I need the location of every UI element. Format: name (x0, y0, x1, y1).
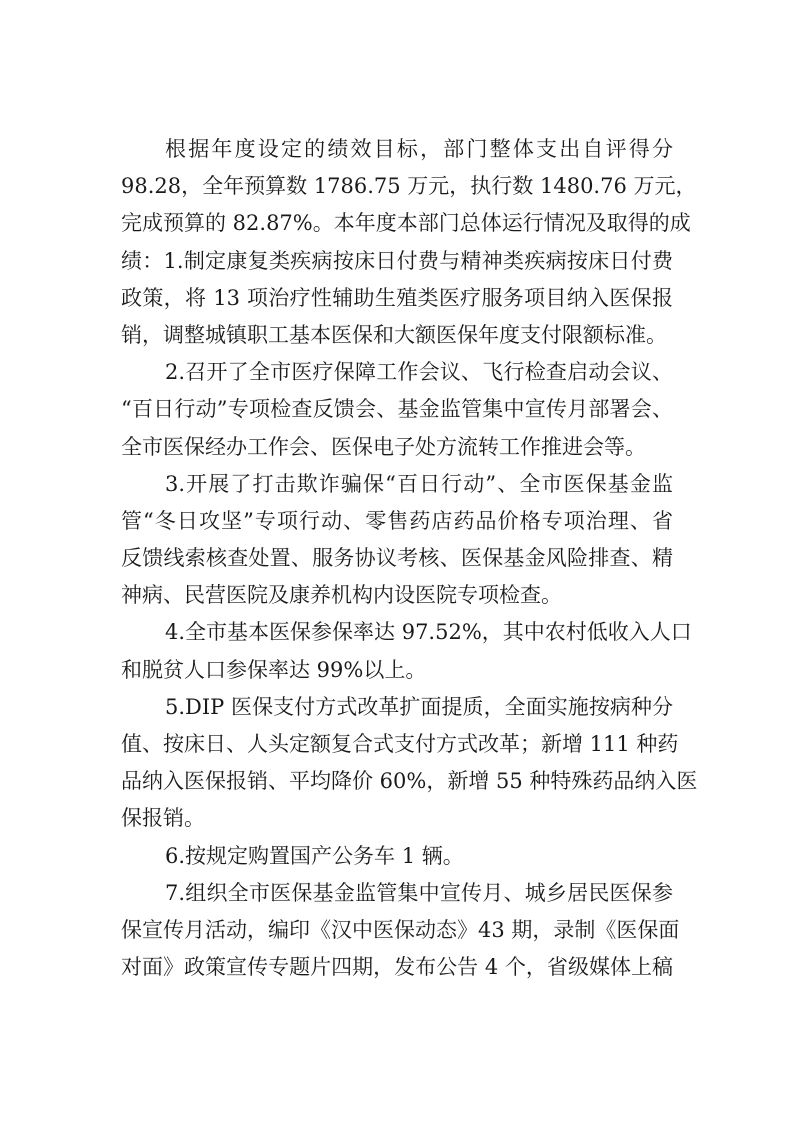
text-line: 全市医保经办工作会、医保电子处方流转工作推进会等。 (121, 429, 673, 466)
paragraph-item-6: 6.按规定购置国产公务车 1 辆。 (121, 838, 673, 875)
text-line: “百日行动”专项检查反馈会、基金监管集中宣传月部署会、 (121, 391, 673, 428)
text-line: 2.召开了全市医疗保障工作会议、飞行检查启动会议、 (121, 354, 673, 391)
text-line: 神病、民营医院及康养机构内设医院专项检查。 (121, 577, 673, 614)
text-line: 3.开展了打击欺诈骗保“百日行动”、全市医保基金监 (121, 466, 673, 503)
text-line: 反馈线索核查处置、服务协议考核、医保基金风险排查、精 (121, 540, 673, 577)
text-line: 5.DIP 医保支付方式改革扩面提质，全面实施按病种分 (121, 689, 673, 726)
text-line: 7.组织全市医保基金监管集中宣传月、城乡居民医保参 (121, 875, 673, 912)
paragraph-item-7: 7.组织全市医保基金监管集中宣传月、城乡居民医保参 保宣传月活动，编印《汉中医保… (121, 875, 673, 987)
paragraph-item-2: 2.召开了全市医疗保障工作会议、飞行检查启动会议、 “百日行动”专项检查反馈会、… (121, 354, 673, 466)
text-line: 对面》政策宣传专题片四期，发布公告 4 个，省级媒体上稿 (121, 949, 673, 986)
paragraph-item-5: 5.DIP 医保支付方式改革扩面提质，全面实施按病种分 值、按床日、人头定额复合… (121, 689, 673, 838)
paragraph-intro: 根据年度设定的绩效目标，部门整体支出自评得分 98.28，全年预算数 1786.… (121, 131, 673, 354)
text-line: 98.28，全年预算数 1786.75 万元，执行数 1480.76 万元， (121, 168, 673, 205)
paragraph-item-3: 3.开展了打击欺诈骗保“百日行动”、全市医保基金监 管“冬日攻坚”专项行动、零售… (121, 466, 673, 615)
text-line: 完成预算的 82.87%。本年度本部门总体运行情况及取得的成 (121, 205, 673, 242)
text-line: 销，调整城镇职工基本医保和大额医保年度支付限额标准。 (121, 317, 673, 354)
text-line: 保宣传月活动，编印《汉中医保动态》43 期，录制《医保面 (121, 912, 673, 949)
text-line: 值、按床日、人头定额复合式支付方式改革；新增 111 种药 (121, 726, 673, 763)
text-line: 管“冬日攻坚”专项行动、零售药店药品价格专项治理、省 (121, 503, 673, 540)
text-line: 政策，将 13 项治疗性辅助生殖类医疗服务项目纳入医保报 (121, 280, 673, 317)
text-line: 和脱贫人口参保率达 99%以上。 (121, 652, 673, 689)
text-line: 绩：1.制定康复类疾病按床日付费与精神类疾病按床日付费 (121, 243, 673, 280)
document-page: 根据年度设定的绩效目标，部门整体支出自评得分 98.28，全年预算数 1786.… (121, 131, 673, 986)
text-line: 根据年度设定的绩效目标，部门整体支出自评得分 (121, 131, 673, 168)
text-line: 品纳入医保报销、平均降价 60%，新增 55 种特殊药品纳入医 (121, 763, 673, 800)
paragraph-item-4: 4.全市基本医保参保率达 97.52%，其中农村低收入人口 和脱贫人口参保率达 … (121, 614, 673, 688)
text-line: 4.全市基本医保参保率达 97.52%，其中农村低收入人口 (121, 614, 673, 651)
text-line: 6.按规定购置国产公务车 1 辆。 (121, 838, 673, 875)
text-line: 保报销。 (121, 800, 673, 837)
